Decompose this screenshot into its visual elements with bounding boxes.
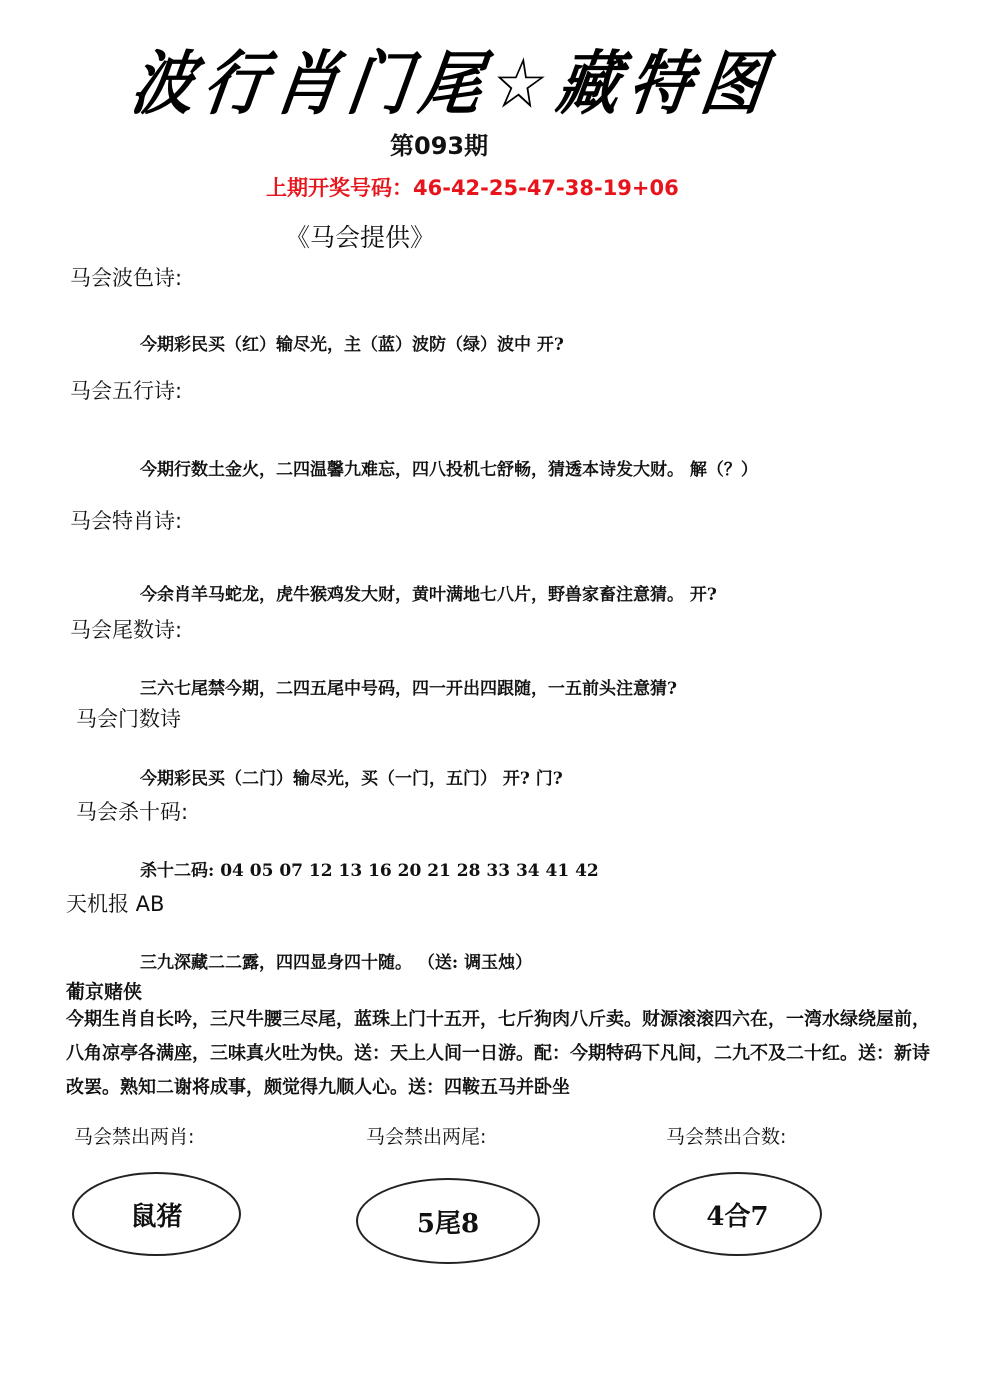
ban-zodiac-value: 鼠猪 <box>130 1196 182 1233</box>
ban-zodiac-oval: 鼠猪 <box>72 1172 241 1256</box>
ban-tail-value: 5尾8 <box>417 1203 479 1240</box>
poem-wave-color: 今期彩民买（红）输尽光，主（蓝）波防（绿）波中 开? <box>140 330 564 355</box>
ban-sum-oval: 4合7 <box>653 1172 822 1256</box>
ban-sum-label: 马会禁出合数: <box>666 1122 786 1149</box>
previous-result: 上期开奖号码：46-42-25-47-38-19+06 <box>266 172 679 202</box>
section-label-special-zodiac: 马会特肖诗: <box>70 505 182 535</box>
ban-tail-oval: 5尾8 <box>356 1178 540 1264</box>
section-label-tail-number: 马会尾数诗: <box>70 614 182 644</box>
poem-door-number: 今期彩民买（二门）输尽光，买（一门，五门） 开? 门? <box>140 764 563 789</box>
page-title: 波行肖门尾☆藏特图 <box>126 28 782 128</box>
poem-tail-number: 三六七尾禁今期，二四五尾中号码，四一开出四跟随，一五前头注意猜? <box>140 674 677 699</box>
poem-five-elements: 今期行数土金火，二四温馨九难忘，四八投机七舒畅，猜透本诗发大财。 解（？） <box>140 455 758 480</box>
section-label-macau: 葡京赌侠 <box>66 977 142 1004</box>
ban-tail-label: 马会禁出两尾: <box>366 1122 486 1149</box>
section-label-kill-ten: 马会杀十码: <box>76 796 188 826</box>
section-label-door-number: 马会门数诗 <box>76 703 181 733</box>
source-label: 《马会提供》 <box>285 218 435 254</box>
poem-special-zodiac: 今余肖羊马蛇龙，虎牛猴鸡发大财，黄叶满地七八片，野兽家畜注意猜。 开? <box>140 580 717 605</box>
section-label-five-elements: 马会五行诗: <box>70 375 182 405</box>
ban-sum-value: 4合7 <box>706 1196 768 1233</box>
section-label-tianji: 天机报 AB <box>66 888 164 918</box>
kill-twelve-codes: 杀十二码: 04 05 07 12 13 16 20 21 28 33 34 4… <box>140 856 599 881</box>
previous-result-label: 上期开奖号码： <box>266 176 413 200</box>
tianji-text: 三九深藏二二露，四四显身四十随。 （送: 调玉烛） <box>140 948 532 973</box>
ban-zodiac-label: 马会禁出两肖: <box>74 1122 194 1149</box>
issue-number: 第093期 <box>390 126 488 161</box>
section-label-wave-color: 马会波色诗: <box>70 262 182 292</box>
macau-paragraph: 今期生肖自长吟，三尺牛腰三尽尾，蓝珠上门十五开，七斤狗肉八斤卖。财源滚滚四六在，… <box>66 1003 946 1105</box>
previous-result-numbers: 46-42-25-47-38-19+06 <box>413 176 679 200</box>
